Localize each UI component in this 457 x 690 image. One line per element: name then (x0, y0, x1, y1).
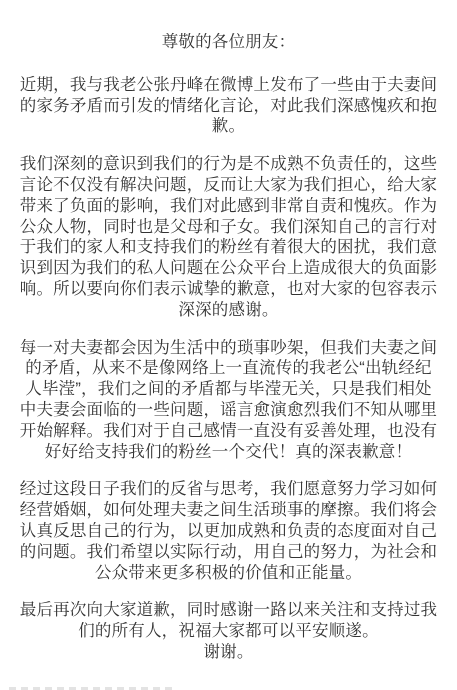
text-line: 最后再次向大家道歉，同时感谢一路以来关注和支持过我 (19, 600, 438, 621)
text-line: 识到因为我们的私人问题在公众平台上造成很大的负面影 (19, 258, 438, 279)
text-line: 中夫妻会面临的一些问题，谣言愈演愈烈我们不知从哪里 (19, 400, 438, 421)
text-line: 公众带来更多积极的价值和正能量。 (19, 563, 438, 584)
paragraph-rumor-clarification: 每一对夫妻都会因为生活中的琐事吵架，但我们夫妻之间的矛盾，从来不是像网络上一直流… (19, 338, 438, 463)
text-line: 每一对夫妻都会因为生活中的琐事吵架，但我们夫妻之间 (19, 338, 438, 359)
apology-statement-page: 尊敬的各位朋友： 近期，我与我老公张丹峰在微博上发布了一些由于夫妻间的家务矛盾而… (0, 0, 457, 690)
text-line: 经过这段日子我们的反省与思考，我们愿意努力学习如何 (19, 479, 438, 500)
paragraph-commitment: 经过这段日子我们的反省与思考，我们愿意努力学习如何经营婚姻，如何处理夫妻之间生活… (19, 479, 438, 583)
text-line: 好好给支持我们的粉丝一个交代！真的深表歉意！ (19, 442, 438, 463)
text-line: 深深的感谢。 (19, 300, 438, 321)
text-line: 认真反思自己的行为，以更加成熟和负责的态度面对自己 (19, 521, 438, 542)
paragraph-closing-thanks: 最后再次向大家道歉，同时感谢一路以来关注和支持过我们的所有人，祝福大家都可以平安… (19, 600, 438, 662)
text-line: 的问题。我们希望以实际行动，用自己的努力，为社会和 (19, 542, 438, 563)
text-line: 人毕滢”，我们之间的矛盾都与毕滢无关，只是我们相处 (19, 379, 438, 400)
letter-salutation: 尊敬的各位朋友： (19, 32, 438, 53)
text-line: 公众人物，同时也是父母和子女。我们深知自己的言行对 (19, 217, 438, 238)
text-line: 言论不仅没有解决问题，反而让大家为我们担心，给大家 (19, 175, 438, 196)
text-line: 带来了负面的影响，我们对此感到非常自责和愧疚。作为 (19, 196, 438, 217)
text-line: 谢谢。 (19, 642, 438, 663)
text-line: 于我们的家人和支持我们的粉丝有着很大的困扰，我们意 (19, 237, 438, 258)
text-line: 经营婚姻，如何处理夫妻之间生活琐事的摩擦。我们将会 (19, 500, 438, 521)
text-line: 我们深刻的意识到我们的行为是不成熟不负责任的，这些 (19, 154, 438, 175)
text-line: 歉。 (19, 116, 438, 137)
text-line: 近期，我与我老公张丹峰在微博上发布了一些由于夫妻间 (19, 75, 438, 96)
text-line: 们的所有人，祝福大家都可以平安顺遂。 (19, 621, 438, 642)
text-line: 响。所以要向你们表示诚挚的歉意，也对大家的包容表示 (19, 279, 438, 300)
text-line: 的矛盾，从来不是像网络上一直流传的我老公“出轨经纪 (19, 358, 438, 379)
text-line: 开始解释。我们对于自己感情一直没有妥善处理，也没有 (19, 421, 438, 442)
paragraph-self-reflection: 我们深刻的意识到我们的行为是不成熟不负责任的，这些言论不仅没有解决问题，反而让大… (19, 154, 438, 320)
paragraph-intro: 近期，我与我老公张丹峰在微博上发布了一些由于夫妻间的家务矛盾而引发的情绪化言论，… (19, 75, 438, 137)
text-line: 的家务矛盾而引发的情绪化言论，对此我们深感愧疚和抱 (19, 96, 438, 117)
